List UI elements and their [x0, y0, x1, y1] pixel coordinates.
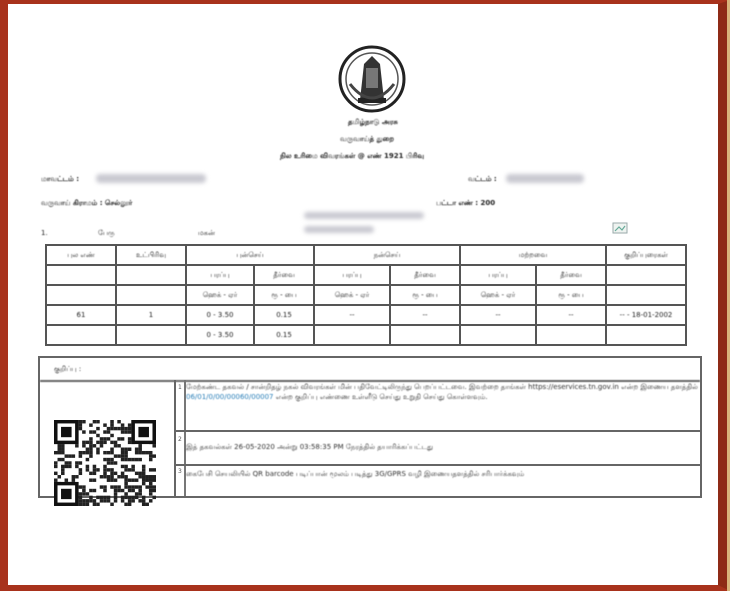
- owner-index: 1.: [41, 229, 48, 237]
- land-details-table: புல எண் உட்பிரிவு புன்செய் நன்செய் மற்றவ…: [45, 244, 687, 346]
- table-subheader-row: பரப்பு தீர்வை பரப்பு தீர்வை பரப்பு தீர்வ…: [46, 265, 686, 285]
- owner-son-label: மகன்: [198, 229, 215, 238]
- unit-rupee: ரூ - பை: [536, 285, 606, 305]
- note-divider: [176, 430, 702, 432]
- table-units-row: ஹெக் - ஏர் ரூ - பை ஹெக் - ஏர் ரூ - பை ஹெ…: [46, 285, 686, 305]
- unit-hectare: ஹெக் - ஏர்: [186, 285, 254, 305]
- table-row: 61 1 0 - 3.50 0.15 -- -- -- -- -- - 18-0…: [46, 305, 686, 325]
- subheader-area: பரப்பு: [460, 265, 536, 285]
- header-others: மற்றவை: [460, 245, 606, 265]
- owner-relation: பேரு: [98, 229, 115, 238]
- broken-image-icon: [612, 222, 628, 234]
- notes-section: குறிப்பு : 1 மேற்கண்ட தகவல் / சான்றிதழ் …: [38, 356, 702, 498]
- notes-heading: குறிப்பு :: [40, 358, 700, 382]
- taluk-label: வட்டம் :: [468, 175, 497, 184]
- unit-hectare: ஹெக் - ஏர்: [460, 285, 536, 305]
- unit-rupee: ரூ - பை: [254, 285, 314, 305]
- table-row: 0 - 3.50 0.15: [46, 325, 686, 345]
- header-state: தமிழ்நாடு அரசு: [348, 118, 398, 127]
- owner-name-redacted: [304, 212, 424, 219]
- header-subdivision: உட்பிரிவு: [116, 245, 186, 265]
- village-label: வருவாய் கிராமம் : செல்லூர்: [41, 199, 132, 208]
- table-header-row: புல எண் உட்பிரிவு புன்செய் நன்செய் மற்றவ…: [46, 245, 686, 265]
- qr-cell: [40, 380, 176, 496]
- header-punsei: புன்செய்: [186, 245, 314, 265]
- header-nansei: நன்செய்: [314, 245, 460, 265]
- district-value-redacted: [96, 174, 206, 183]
- subheader-area: பரப்பு: [314, 265, 390, 285]
- reference-number-link[interactable]: 06/01/0/00/00060/00007: [186, 393, 274, 401]
- header-survey-no: புல எண்: [46, 245, 116, 265]
- note-item-2: இத் தகவல்கள் 26-05-2020 அன்று 03:58:35 P…: [186, 442, 700, 452]
- patta-number: பட்டா எண் : 200: [436, 199, 495, 208]
- subheader-assessment: தீர்வை: [390, 265, 460, 285]
- note-divider: [176, 464, 702, 466]
- header-remarks: குறிப்புரைகள்: [606, 245, 686, 265]
- document-page: தமிழ்நாடு அரசு வருவாய்த் துறை நில உரிமை …: [8, 4, 718, 585]
- note-item-1: மேற்கண்ட தகவல் / சான்றிதழ் நகல் விவரங்கள…: [186, 382, 700, 402]
- unit-hectare: ஹெக் - ஏர்: [314, 285, 390, 305]
- tamil-nadu-emblem-icon: [336, 44, 408, 114]
- header-title: நில உரிமை விவரங்கள் @ எண் 1921 பிரிவு: [280, 152, 424, 161]
- subheader-assessment: தீர்வை: [536, 265, 606, 285]
- qr-code-icon[interactable]: [54, 420, 156, 506]
- subheader-assessment: தீர்வை: [254, 265, 314, 285]
- unit-rupee: ரூ - பை: [390, 285, 460, 305]
- district-label: மாவட்டம் :: [41, 175, 79, 184]
- owner-father-redacted: [304, 226, 374, 233]
- header-department: வருவாய்த் துறை: [340, 135, 394, 144]
- note-item-3: கைபேசி செயலியில் QR barcode படிப்பான் மூ…: [186, 469, 700, 479]
- taluk-value-redacted: [506, 174, 584, 183]
- subheader-area: பரப்பு: [186, 265, 254, 285]
